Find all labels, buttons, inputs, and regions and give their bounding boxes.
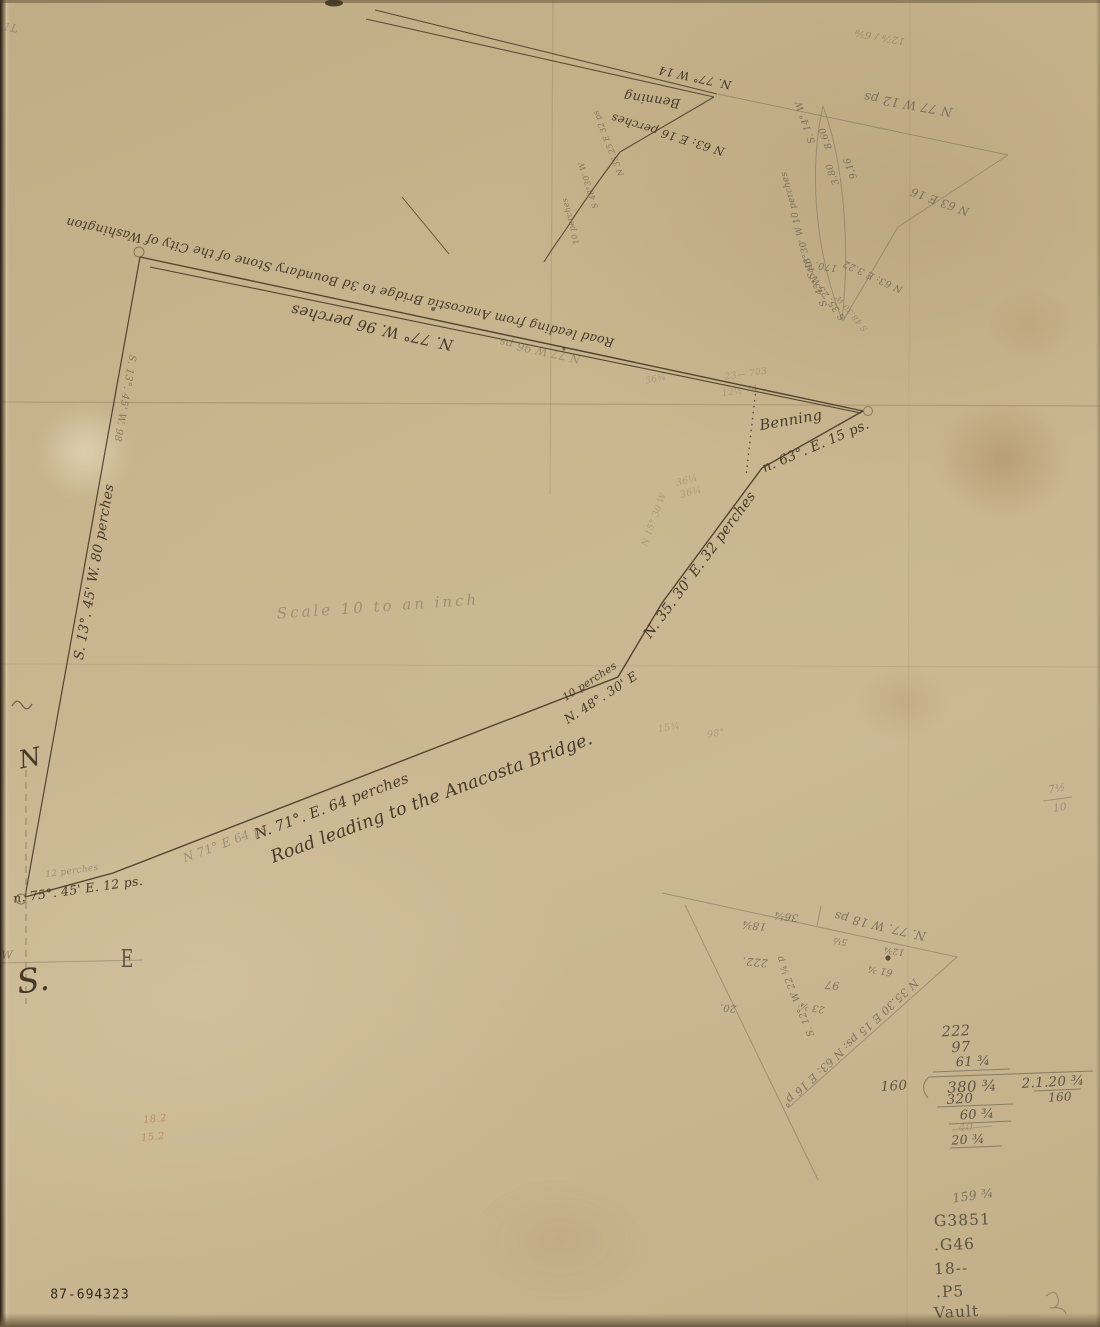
call-number-line-1: G3851 (934, 1212, 991, 1229)
call-number-line-4: .P5 (936, 1284, 965, 1300)
sketch-course-63-label: N 63: E 16 perches (610, 111, 726, 156)
arith-product: 320 (946, 1093, 973, 1108)
corner-mark: 1L (3, 21, 20, 35)
pb-5h-label: 5½ (832, 935, 848, 946)
survey-outline-east (25, 411, 863, 897)
road-label-bottom: Road leading to the Anacosta Bridge. (269, 731, 596, 867)
pb-18q-label: 18¾ (741, 918, 767, 931)
psr-course-77-label: N 77 W 12 ps (863, 90, 953, 118)
sketch-tail-segment (402, 197, 449, 254)
compass-west-label: W (1, 950, 13, 961)
stain-upper (990, 292, 1070, 358)
owner-benning-label: Benning (759, 408, 824, 433)
survey-outline-west (25, 257, 140, 897)
course-13-small-label: S. 13°. 45' W. 98 (111, 354, 136, 443)
stain-large (935, 400, 1070, 520)
fraction-note-top: 7½ (1048, 783, 1067, 796)
vertex-right (864, 407, 873, 416)
compass-south-label: S. (15, 961, 52, 998)
pb-61-label: 61 ¾ (867, 963, 894, 977)
course-75-label: n. 75°. 45' E. 12 ps. (12, 875, 144, 906)
pencil-scribble (1046, 1292, 1066, 1314)
fraction-note-bottom: 10 (1052, 802, 1067, 814)
arith-addend-3: 61 ¾ (955, 1055, 990, 1070)
flourish-marks (12, 701, 1066, 1314)
stain-bottom (470, 1180, 650, 1300)
paper-edge-right (1096, 0, 1100, 1327)
crease-horizontal-lower (0, 664, 1100, 667)
sketch-road-line-second (375, 10, 717, 94)
pb-20-label: 20. (719, 1001, 737, 1012)
stain-small (858, 664, 948, 739)
pb-s12-label: S. 12°: W 22 ¼ p (775, 954, 816, 1038)
arith-divisor: 160 (880, 1080, 907, 1095)
psr-fraction-label: 12⅞ / 6⅝ (854, 27, 906, 46)
crease-horizontal-main (0, 402, 1100, 406)
call-number-page-note: 159 ¾ (952, 1187, 995, 1205)
sketch-course-77-label: N. 77° W 14 (658, 64, 733, 91)
crease-vertical-right (907, 0, 910, 1327)
pm-98-label: 98° (706, 728, 725, 740)
pm-15-label: 15¾ (657, 721, 681, 734)
pencil-line-topright-b (843, 155, 1008, 321)
pm-red1-label: 18.2 (143, 1114, 167, 1126)
paper-edge-left-highlight (6, 0, 10, 1327)
pencil-sketch-lines (662, 94, 1008, 1180)
fraction-note-line (1043, 797, 1072, 801)
sketch-small-label-2: S 48°30' W (578, 161, 601, 209)
pb-97-label: 97 (824, 979, 840, 991)
psr-916-label: 9.16 (843, 156, 860, 180)
paper-edge-top (0, 0, 1100, 3)
scale-note: Scale 10 to an inch (276, 592, 479, 621)
sketch-road-line (366, 19, 714, 97)
pencil-tick (817, 906, 821, 926)
negative-number: 87-694323 (50, 1289, 129, 1302)
arith-addend-2: 97 (951, 1040, 971, 1055)
sketch-small-label-3: 10 perches (561, 197, 581, 245)
pm-74-label: 12½ 74 (721, 385, 758, 399)
dotted-tie-line (746, 388, 756, 477)
arith-result: 2.1.20 ¾ (1021, 1075, 1084, 1092)
ink-speck-a (885, 955, 890, 960)
pb-222-label: 222. (742, 955, 769, 968)
call-number-line-2: .G46 (934, 1237, 976, 1254)
course-75-pencil-label: 12 perches (45, 864, 99, 880)
pb-12q-label: 12¾ (883, 944, 905, 956)
pm-bearing15-label: N 15° 30 W (641, 492, 669, 548)
psr-s14-label: S. 14° W (795, 99, 818, 144)
compass-east-label: E (121, 947, 134, 971)
arith-addend-1: 222 (941, 1024, 970, 1040)
ink-blot-top (325, 0, 343, 7)
pm-red2-label: 15.2 (141, 1132, 165, 1144)
map-sheet: n. 75°. 45' E. 12 ps. 12 perches N. 71°.… (0, 0, 1100, 1327)
psr-860-label: 8.60 (818, 126, 835, 150)
call-number-line-3: 18-- (934, 1261, 969, 1278)
paper-edge-left (0, 0, 6, 1327)
pb-36q-label: 36¼ (773, 909, 799, 922)
sketch-owner-label: Benning (623, 89, 681, 110)
pencil-line-bottom-a (662, 893, 957, 957)
pm-36b-label: 36¾ (679, 486, 703, 501)
compass-north-label: N (17, 743, 44, 772)
pencil-line-bottom-b (685, 905, 818, 1180)
vertex-top (134, 247, 144, 257)
arith-result-denominator: 160 (1048, 1090, 1072, 1103)
psr-63-322-label: N 63: E 3.22 (842, 258, 904, 294)
psr-380-label: 3.80 (825, 162, 842, 186)
pm-23-703-label: 23— 703 (724, 368, 767, 383)
call-number-line-5: Vault (934, 1304, 980, 1322)
crease-vertical-center (550, 0, 553, 494)
arith-final: 20 ¾ (951, 1133, 985, 1147)
course-13-label: S. 13°. 45' W. 80 perches (73, 483, 117, 661)
north-flourish (12, 701, 32, 709)
psr-63-16-label: N 63 E 16 (909, 185, 971, 217)
pm-36c-label: 36¾ (645, 373, 667, 386)
course-71-pencil-label: N 71° E 64 ps (181, 822, 268, 864)
